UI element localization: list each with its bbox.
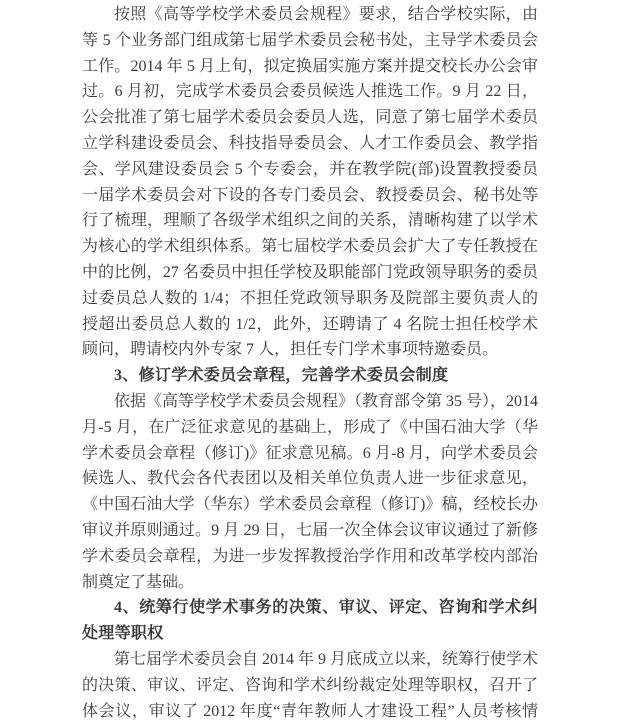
- text-line: 过委员总人数的 1/4；不担任党政领导职务及院部主要负责人的专任教: [82, 286, 538, 312]
- text-line: 等 5 个业务部门组成第七届学术委员会秘书处，主导学术委员会换届: [82, 28, 538, 54]
- section-heading-line: 处理等职权: [82, 621, 538, 647]
- section-heading-line: 4、统筹行使学术事务的决策、审议、评定、咨询和学术纠纷裁定: [82, 595, 538, 621]
- document-page: 按照《高等学校学术委员会规程》要求，结合学校实际，由学科处等 5 个业务部门组成…: [0, 0, 617, 724]
- text-line: 制奠定了基础。: [82, 570, 538, 596]
- text-line: 的决策、审议、评定、咨询和学术纠纷裁定处理等职权，召开了两次全: [82, 673, 538, 699]
- text-line: 体会议，审议了 2012 年度“青年教师人才建设工程”人员考核情况，: [82, 699, 538, 724]
- text-line: 月-5 月，在广泛征求意见的基础上，形成了《中国石油大学（华东）: [82, 415, 538, 441]
- document-text-block: 按照《高等学校学术委员会规程》要求，结合学校实际，由学科处等 5 个业务部门组成…: [82, 2, 538, 724]
- text-line: 第七届学术委员会自 2014 年 9 月底成立以来，统筹行使学术事务: [82, 647, 538, 673]
- section-heading-line: 3、修订学术委员会章程，完善学术委员会制度: [82, 363, 538, 389]
- text-line: 学术委员会章程（修订)》征求意见稿。6 月-8 月，向学术委员会委员: [82, 441, 538, 467]
- text-line: 工作。2014 年 5 月上旬，拟定换届实施方案并提交校长办公会审议通: [82, 54, 538, 80]
- text-line: 按照《高等学校学术委员会规程》要求，结合学校实际，由学科处: [82, 2, 538, 28]
- text-line: 中的比例，27 名委员中担任学校及职能部门党政领导职务的委员不超: [82, 260, 538, 286]
- text-line: 过。6 月初，完成学术委员会委员候选人推选工作。9 月 22 日，校长办: [82, 79, 538, 105]
- text-line: 立学科建设委员会、科技指导委员会、人才工作委员会、教学指导委员: [82, 131, 538, 157]
- text-line: 顾问，聘请校内外专家 7 人，担任专门学术事项特邀委员。: [82, 337, 538, 363]
- text-line: 会、学风建设委员会 5 个专委会，并在教学院(部)设置教授委员会。新: [82, 157, 538, 183]
- text-line: 依据《高等学校学术委员会规程》（教育部令第 35 号），2014 年 3: [82, 389, 538, 415]
- text-line: 行了梳理，理顺了各级学术组织之间的关系，清晰构建了以学术委员会: [82, 208, 538, 234]
- text-line: 审议并原则通过。9 月 29 日，七届一次全体会议审议通过了新修订的: [82, 518, 538, 544]
- text-line: 候选人、教代会各代表团以及相关单位负责人进一步征求意见，形成了: [82, 466, 538, 492]
- text-line: 学术委员会章程，为进一步发挥教授治学作用和改革学校内部治理机: [82, 544, 538, 570]
- text-line: 《中国石油大学（华东）学术委员会章程（修订)》稿，经校长办公会: [82, 492, 538, 518]
- text-line: 公会批准了第七届学术委员会委员人选，同意了第七届学术委员会设: [82, 105, 538, 131]
- text-line: 为核心的学术组织体系。第七届校学术委员会扩大了专任教授在委员: [82, 234, 538, 260]
- text-line: 一届学术委员会对下设的各专门委员会、教授委员会、秘书处等机构进: [82, 183, 538, 209]
- text-line: 授超出委员总人数的 1/2，此外，还聘请了 4 名院士担任校学术委员会: [82, 312, 538, 338]
